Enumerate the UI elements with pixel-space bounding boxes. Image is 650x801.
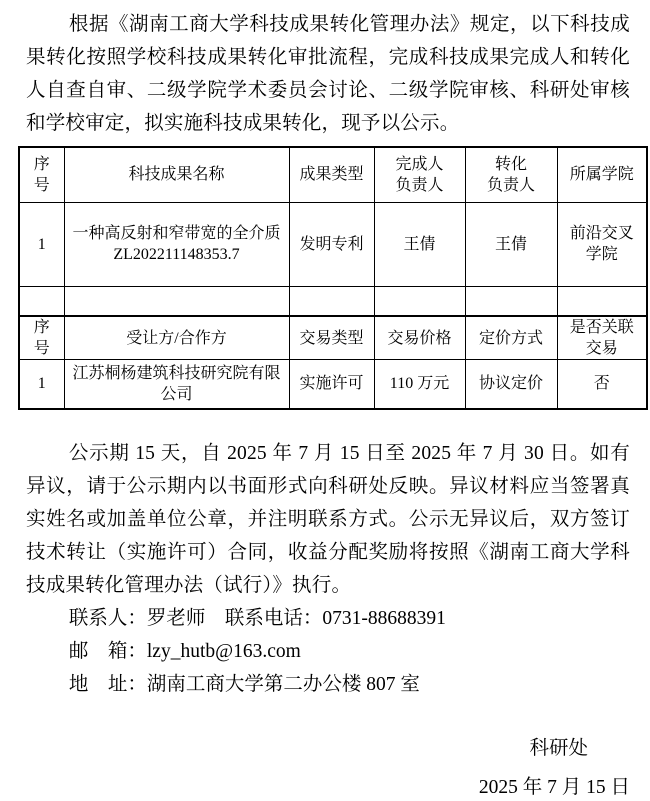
header-transaction-price: 交易价格 (374, 316, 465, 360)
cell-transaction-price: 110 万元 (374, 360, 465, 409)
cell-transaction-type: 实施许可 (289, 360, 374, 409)
achievement-header-row: 序 号 科技成果名称 成果类型 完成人 负责人 转化 负责人 所属学院 (19, 147, 647, 202)
transaction-data-row: 1 江苏桐杨建筑科技研究院有限 公司 实施许可 110 万元 协议定价 否 (19, 360, 647, 409)
spacer-row (19, 286, 647, 316)
cell-related-transaction: 否 (557, 360, 647, 409)
spacer-cell (465, 286, 557, 316)
transaction-header-row: 序 号 受让方/合作方 交易类型 交易价格 定价方式 是否关联 交易 (19, 316, 647, 360)
notice-paragraph: 公示期 15 天，自 2025 年 7 月 15 日至 2025 年 7 月 3… (26, 437, 630, 602)
signature-department: 科研处 (26, 732, 588, 765)
intro-paragraph: 根据《湖南工商大学科技成果转化管理办法》规定，以下科技成果转化按照学校科技成果转… (26, 8, 630, 140)
cell-no: 1 (19, 202, 64, 286)
header-transferee: 受让方/合作方 (64, 316, 289, 360)
header-no-2: 序 号 (19, 316, 64, 360)
header-pricing-method: 定价方式 (465, 316, 557, 360)
transformation-table: 序 号 科技成果名称 成果类型 完成人 负责人 转化 负责人 所属学院 1 一种… (18, 146, 648, 410)
header-transaction-type: 交易类型 (289, 316, 374, 360)
header-completer: 完成人 负责人 (374, 147, 465, 202)
cell-college: 前沿交叉 学院 (557, 202, 647, 286)
announcement-page: 根据《湖南工商大学科技成果转化管理办法》规定，以下科技成果转化按照学校科技成果转… (0, 0, 650, 801)
cell-pricing-method: 协议定价 (465, 360, 557, 409)
cell-achievement-name: 一种高反射和窄带宽的全介质 ZL202211148353.7 (64, 202, 289, 286)
spacer-cell (289, 286, 374, 316)
cell-transferee: 江苏桐杨建筑科技研究院有限 公司 (64, 360, 289, 409)
header-college: 所属学院 (557, 147, 647, 202)
spacer-cell (374, 286, 465, 316)
header-related-transaction: 是否关联 交易 (557, 316, 647, 360)
header-achievement-type: 成果类型 (289, 147, 374, 202)
contact-block: 联系人：罗老师 联系电话：0731-88688391 邮 箱：lzy_hutb@… (26, 602, 630, 701)
cell-no-2: 1 (19, 360, 64, 409)
spacer-cell (19, 286, 64, 316)
signature-date: 2025 年 7 月 15 日 (26, 771, 630, 801)
cell-achievement-type: 发明专利 (289, 202, 374, 286)
contact-person-line: 联系人：罗老师 联系电话：0731-88688391 (26, 602, 630, 635)
contact-address-line: 地 址：湖南工商大学第二办公楼 807 室 (26, 668, 630, 701)
spacer-cell (64, 286, 289, 316)
header-achievement-name: 科技成果名称 (64, 147, 289, 202)
cell-transformer: 王倩 (465, 202, 557, 286)
achievement-data-row: 1 一种高反射和窄带宽的全介质 ZL202211148353.7 发明专利 王倩… (19, 202, 647, 286)
contact-email-line: 邮 箱：lzy_hutb@163.com (26, 635, 630, 668)
cell-completer: 王倩 (374, 202, 465, 286)
spacer-cell (557, 286, 647, 316)
header-transformer: 转化 负责人 (465, 147, 557, 202)
header-no: 序 号 (19, 147, 64, 202)
